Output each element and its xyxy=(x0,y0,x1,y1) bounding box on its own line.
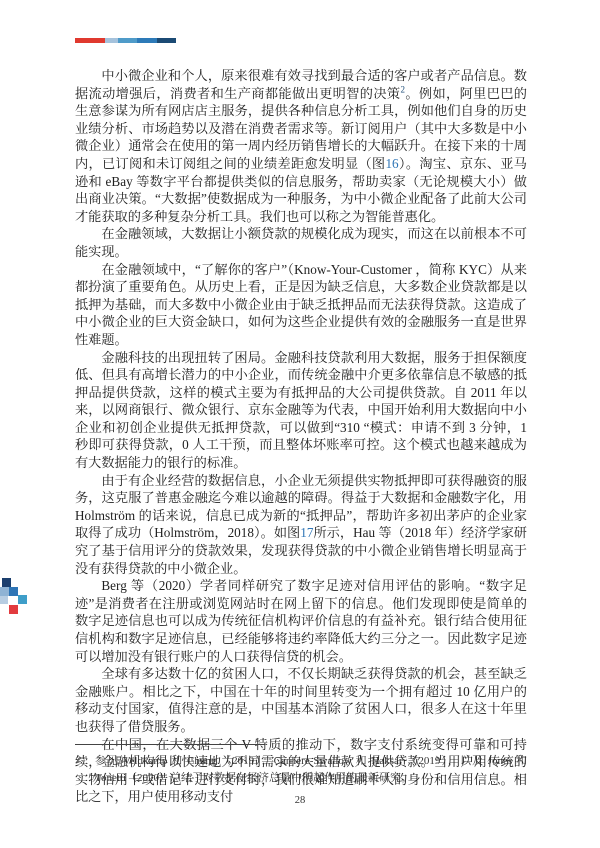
document-page: 中小微企业和个人，原来很难有效寻找到最合适的客户或者产品信息。数据流动增强后，消… xyxy=(0,0,600,848)
mosaic-square xyxy=(0,587,9,596)
paragraph: 全球有多达数十亿的贫困人口，不仅长期缺乏获得贷款的机会，甚至缺乏金融账户。相比之… xyxy=(75,665,527,735)
mosaic-square xyxy=(9,587,18,596)
bar-segment xyxy=(137,38,157,43)
text-run: 在金融领域，大数据让小额贷款的规模化成为现实，而这在以前根本不可能实现。 xyxy=(75,226,527,259)
mosaic-square xyxy=(18,595,27,604)
decorative-bar xyxy=(75,38,176,43)
figure-ref-link[interactable]: 16 xyxy=(385,156,398,171)
bar-segment xyxy=(105,38,118,43)
bar-segment xyxy=(118,38,137,43)
article-body: 中小微企业和个人，原来很难有效寻找到最合适的客户或者产品信息。数据流动增强后，消… xyxy=(75,67,527,806)
paragraph: 金融科技的出现扭转了困局。金融科技贷款利用大数据，服务于担保额度低、但具有高增长… xyxy=(75,349,527,472)
paragraph: Berg 等（2020）学者同样研究了数字足迹对信用评估的影响。“数字足迹”是消… xyxy=(75,577,527,665)
footnote-area: 2 参见 Veldkamp 和 Chung （2019），Carriere-Sw… xyxy=(75,744,527,786)
footnote-marker: 2 xyxy=(77,751,81,768)
text-run: 在金融领域中，“了解你的客户”（Know-Your-Customer ，简称 K… xyxy=(75,262,527,347)
page-number: 28 xyxy=(0,795,600,806)
text-run: Berg 等（2020）学者同样研究了数字足迹对信用评估的影响。“数字足迹”是消… xyxy=(75,578,527,663)
footnote-text: 参见 Veldkamp 和 Chung （2019），Carriere-Swal… xyxy=(95,755,527,784)
text-run: 金融科技的出现扭转了困局。金融科技贷款利用大数据，服务于担保额度低、但具有高增长… xyxy=(75,350,527,471)
paragraph: 中小微企业和个人，原来很难有效寻找到最合适的客户或者产品信息。数据流动增强后，消… xyxy=(75,67,527,225)
paragraph: 在金融领域，大数据让小额贷款的规模化成为现实，而这在以前根本不可能实现。 xyxy=(75,225,527,260)
footnote-separator xyxy=(75,744,265,745)
bar-segment xyxy=(157,38,176,43)
paragraph: 在金融领域中，“了解你的客户”（Know-Your-Customer ，简称 K… xyxy=(75,261,527,349)
text-run: 全球有多达数十亿的贫困人口，不仅长期缺乏获得贷款的机会，甚至缺乏金融账户。相比之… xyxy=(75,666,527,734)
bar-segment xyxy=(75,38,105,43)
mosaic-square xyxy=(2,578,11,587)
mosaic-square xyxy=(0,596,8,604)
paragraph: 由于有企业经营的数据信息，小企业无须提供实物抵押即可获得融资的服务，这克服了普惠… xyxy=(75,472,527,578)
mosaic-square xyxy=(9,605,18,614)
figure-ref-link[interactable]: 17 xyxy=(300,525,313,540)
footnote: 2 参见 Veldkamp 和 Chung （2019），Carriere-Sw… xyxy=(75,753,527,786)
